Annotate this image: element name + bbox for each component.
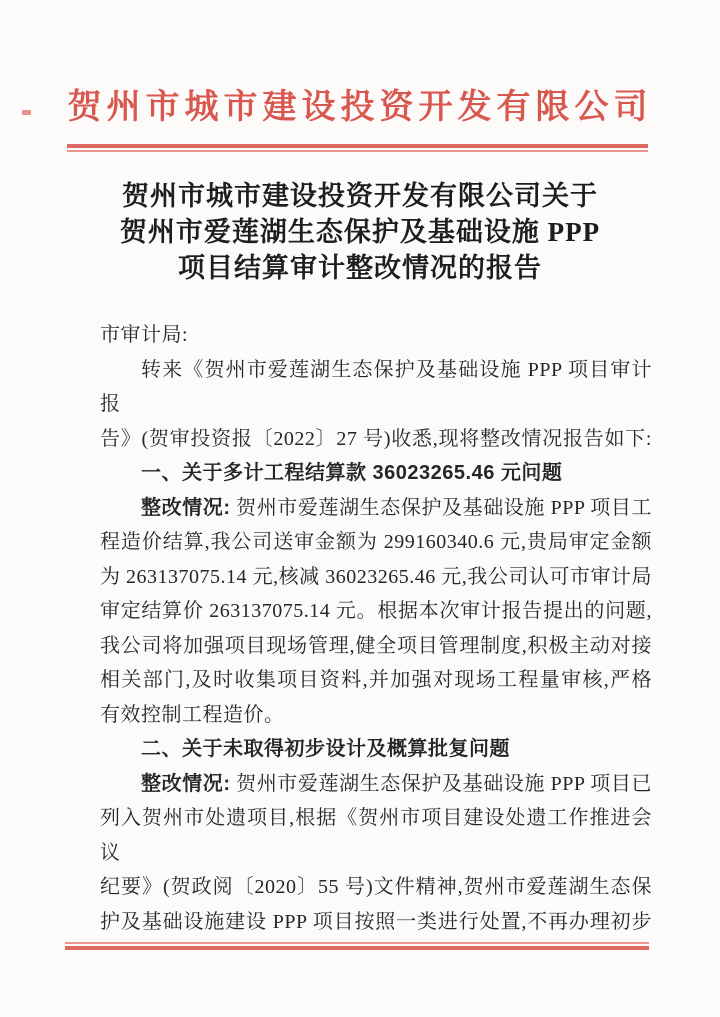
body-line: 一、关于多计工程结算款 36023265.46 元问题 [100, 456, 652, 491]
body-line: 二、关于未取得初步设计及概算批复问题 [100, 732, 652, 767]
body-segment: 有效控制工程造价。 [100, 704, 285, 726]
body-line: 整改情况: 贺州市爱莲湖生态保护及基础设施 PPP 项目已 [100, 767, 652, 802]
body-line: 我公司将加强项目现场管理,健全项目管理制度,积极主动对接 [100, 629, 652, 664]
body-segment: 为 263137075.14 元,核减 36023265.46 元,我公司认可市… [100, 566, 652, 588]
body-line: 审定结算价 263137075.14 元。根据本次审计报告提出的问题, [100, 594, 652, 629]
body-segment: 程造价结算,我公司送审金额为 299160340.6 元,贵局审定金额 [100, 531, 652, 553]
document-title-line-1: 贺州市城市建设投资开发有限公司关于 [70, 178, 650, 214]
document-title-line-3: 项目结算审计整改情况的报告 [70, 250, 650, 286]
scanned-document-page: 贺州市城市建设投资开发有限公司 贺州市城市建设投资开发有限公司关于 贺州市爱莲湖… [0, 0, 720, 1017]
document-title-line-2: 贺州市爱莲湖生态保护及基础设施 PPP [70, 214, 650, 250]
body-line: 护及基础设施建设 PPP 项目按照一类进行处置,不再办理初步 [100, 905, 652, 940]
body-segment: 贺州市爱莲湖生态保护及基础设施 PPP 项目工 [231, 497, 652, 519]
body-segment-bold: 二、关于未取得初步设计及概算批复问题 [141, 738, 510, 760]
body-segment: 贺州市爱莲湖生态保护及基础设施 PPP 项目已 [231, 773, 652, 795]
body-line: 转来《贺州市爱莲湖生态保护及基础设施 PPP 项目审计报 [100, 353, 652, 422]
document-title: 贺州市城市建设投资开发有限公司关于 贺州市爱莲湖生态保护及基础设施 PPP 项目… [70, 178, 650, 286]
header-rule-thin [67, 150, 648, 152]
body-line: 相关部门,及时收集项目资料,并加强对现场工程量审核,严格 [100, 663, 652, 698]
body-segment: 护及基础设施建设 PPP 项目按照一类进行处置,不再办理初步 [100, 911, 652, 933]
body-line: 为 263137075.14 元,核减 36023265.46 元,我公司认可市… [100, 560, 652, 595]
body-segment: 审定结算价 263137075.14 元。根据本次审计报告提出的问题, [100, 600, 652, 622]
body-text: 市审计局:转来《贺州市爱莲湖生态保护及基础设施 PPP 项目审计报告》(贺审投资… [100, 318, 652, 939]
letterhead-title: 贺州市城市建设投资开发有限公司 [0, 86, 720, 130]
body-segment: 列入贺州市处遗项目,根据《贺州市项目建设处遗工作推进会议 [100, 807, 652, 864]
body-segment: 纪要》(贺政阅〔2020〕55 号)文件精神,贺州市爱莲湖生态保 [100, 876, 652, 898]
body-segment: 我公司将加强项目现场管理,健全项目管理制度,积极主动对接 [100, 635, 652, 657]
body-segment: 告》(贺审投资报〔2022〕27 号)收悉,现将整改情况报告如下: [100, 428, 652, 450]
footer-rule-thick [65, 946, 649, 950]
body-line: 纪要》(贺政阅〔2020〕55 号)文件精神,贺州市爱莲湖生态保 [100, 870, 652, 905]
body-segment: 转来《贺州市爱莲湖生态保护及基础设施 PPP 项目审计报 [100, 359, 652, 416]
footer-rule-thin [65, 942, 649, 944]
body-line: 有效控制工程造价。 [100, 698, 652, 733]
body-segment-bold: 整改情况: [141, 773, 231, 795]
body-line: 程造价结算,我公司送审金额为 299160340.6 元,贵局审定金额 [100, 525, 652, 560]
body-segment: 市审计局: [100, 324, 188, 346]
body-line: 市审计局: [100, 318, 652, 353]
header-rule-thick [67, 144, 648, 148]
body-segment-bold: 整改情况: [141, 497, 231, 519]
body-line: 整改情况: 贺州市爱莲湖生态保护及基础设施 PPP 项目工 [100, 491, 652, 526]
body-line: 告》(贺审投资报〔2022〕27 号)收悉,现将整改情况报告如下: [100, 422, 652, 457]
body-segment-bold: 一、关于多计工程结算款 36023265.46 元问题 [141, 462, 562, 484]
body-line: 列入贺州市处遗项目,根据《贺州市项目建设处遗工作推进会议 [100, 801, 652, 870]
body-segment: 相关部门,及时收集项目资料,并加强对现场工程量审核,严格 [100, 669, 652, 691]
